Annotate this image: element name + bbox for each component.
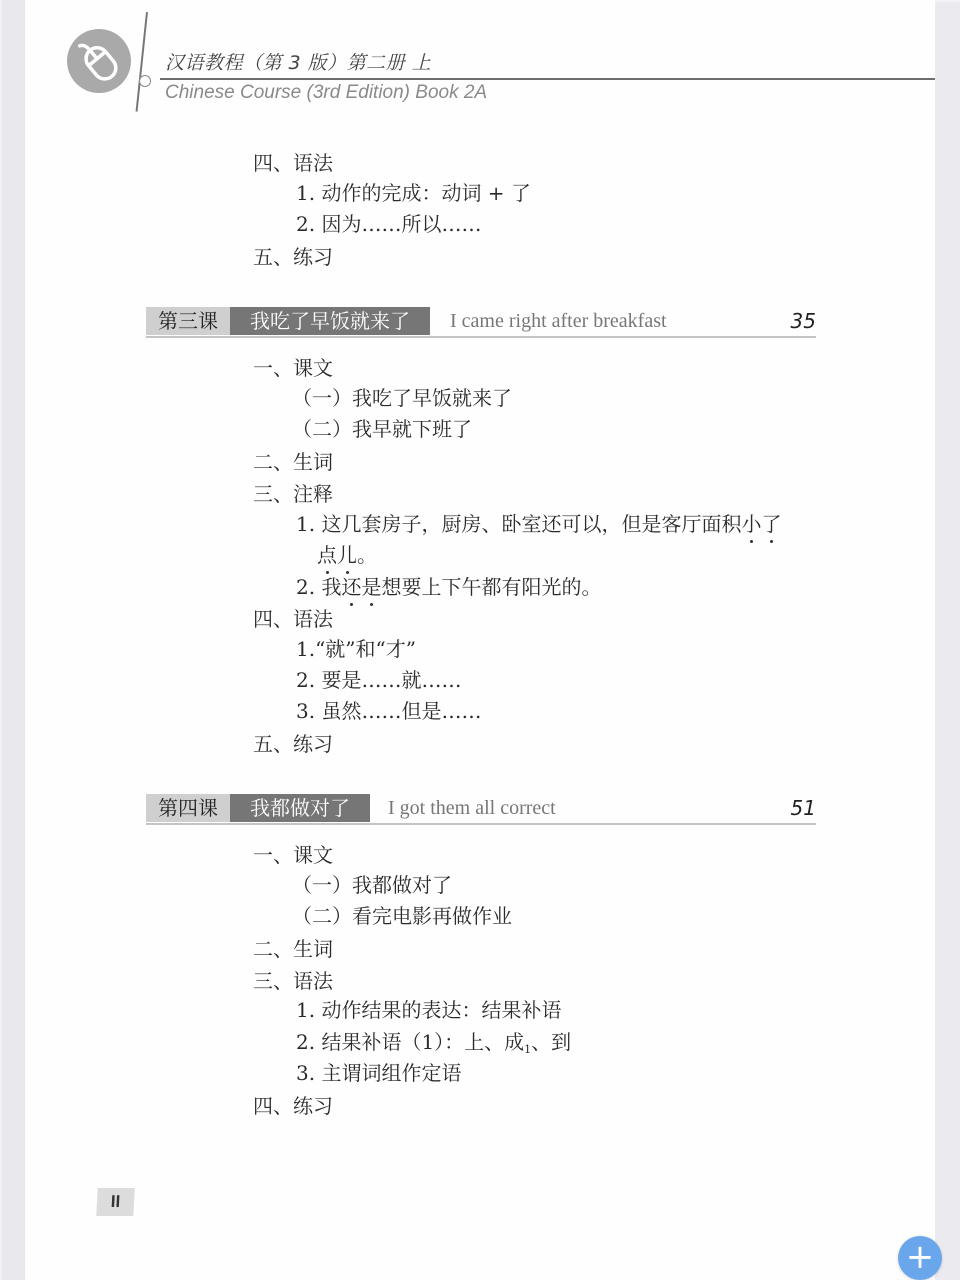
- toc-item[interactable]: （一）我吃了早饭就来了: [292, 382, 512, 411]
- toc-section-text[interactable]: 一、课文: [253, 352, 333, 381]
- toc-section-vocabulary[interactable]: 二、生词: [253, 446, 333, 475]
- toc-item[interactable]: 2. 结果补语（1）：上、成1、到: [296, 1026, 571, 1056]
- toc-section-text[interactable]: 一、课文: [253, 839, 333, 868]
- header-rule: [160, 78, 935, 80]
- toc-item[interactable]: 1. 动作结果的表达：结果补语: [296, 994, 561, 1023]
- toc-item-text: 2. 结果补语（1）：上、成: [296, 1030, 524, 1054]
- book-title-en: Chinese Course (3rd Edition) Book 2A: [165, 82, 487, 104]
- toc-item-text: 想要上下午都有阳光的。: [381, 575, 601, 599]
- toc-section-exercises[interactable]: 五、练习: [253, 241, 333, 270]
- lesson-title-cn: 我吃了早饭就来了: [230, 307, 430, 335]
- lesson-number: 第四课: [146, 794, 230, 822]
- toc-section-notes[interactable]: 三、注释: [253, 478, 333, 507]
- add-button[interactable]: +: [898, 1236, 942, 1280]
- lesson-page-number: 51: [791, 794, 816, 822]
- emphasis-char: 点: [317, 539, 337, 568]
- lesson-number: 第三课: [146, 307, 230, 335]
- toc-item[interactable]: 2. 因为……所以……: [296, 208, 481, 237]
- toc-item[interactable]: 3. 虽然……但是……: [296, 695, 481, 724]
- toc-section-exercises[interactable]: 五、练习: [253, 728, 333, 757]
- toc-item[interactable]: 1. 动作的完成：动词 + 了: [296, 177, 531, 206]
- toc-section-exercises[interactable]: 四、练习: [253, 1090, 333, 1119]
- toc-section-grammar[interactable]: 四、语法: [253, 147, 333, 176]
- emphasis-char: 是: [361, 571, 381, 600]
- toc-item-note-1[interactable]: 1. 这几套房子，厨房、卧室还可以，但是客厅面积小了: [296, 508, 781, 537]
- toc-item[interactable]: 3. 主谓词组作定语: [296, 1057, 461, 1086]
- toc-section-grammar[interactable]: 四、语法: [253, 603, 333, 632]
- toc-item-note-2[interactable]: 2. 我还是想要上下午都有阳光的。: [296, 571, 601, 600]
- lesson-title-en: I came right after breakfast: [450, 307, 667, 335]
- lesson-title-en: I got them all correct: [388, 794, 556, 822]
- toc-item[interactable]: （二）我早就下班了: [292, 413, 472, 442]
- emphasis-char: 小: [741, 508, 761, 537]
- toc-item[interactable]: 1.“就”和“才”: [296, 633, 416, 662]
- toc-item-text: 。: [357, 543, 377, 567]
- toc-item[interactable]: 2. 要是……就……: [296, 664, 461, 693]
- header-rule-knob: [139, 75, 151, 87]
- toc-section-grammar[interactable]: 三、语法: [253, 965, 333, 994]
- toc-item[interactable]: （二）看完电影再做作业: [292, 900, 512, 929]
- toc-section-vocabulary[interactable]: 二、生词: [253, 933, 333, 962]
- viewer-right-margin: [935, 0, 960, 1280]
- emphasis-char: 了: [761, 508, 781, 537]
- lesson-page-number: 35: [791, 307, 816, 335]
- lesson-title-cn: 我都做对了: [230, 794, 370, 822]
- toc-item-text: 、到: [531, 1030, 571, 1054]
- plus-icon: +: [906, 1237, 935, 1277]
- toc-item[interactable]: （一）我都做对了: [292, 869, 452, 898]
- emphasis-char: 还: [341, 571, 361, 600]
- lesson-4-heading[interactable]: 第四课 我都做对了 I got them all correct 51: [146, 794, 816, 824]
- book-title-cn: 汉语教程（第 3 版）第二册 上: [165, 48, 431, 75]
- computer-mouse-icon: [67, 29, 131, 93]
- lesson-rule: [146, 336, 816, 338]
- toc-item-text: 2. 我: [296, 575, 341, 599]
- lesson-rule: [146, 823, 816, 825]
- viewer-left-margin: [0, 0, 25, 1280]
- page-number-badge: II: [96, 1188, 134, 1216]
- toc-item-text: 1. 这几套房子，厨房、卧室还可以，但是客厅面积: [296, 512, 741, 536]
- lesson-3-heading[interactable]: 第三课 我吃了早饭就来了 I came right after breakfas…: [146, 307, 816, 337]
- emphasis-char: 儿: [337, 539, 357, 568]
- toc-item-note-1-cont[interactable]: 点儿。: [317, 539, 377, 568]
